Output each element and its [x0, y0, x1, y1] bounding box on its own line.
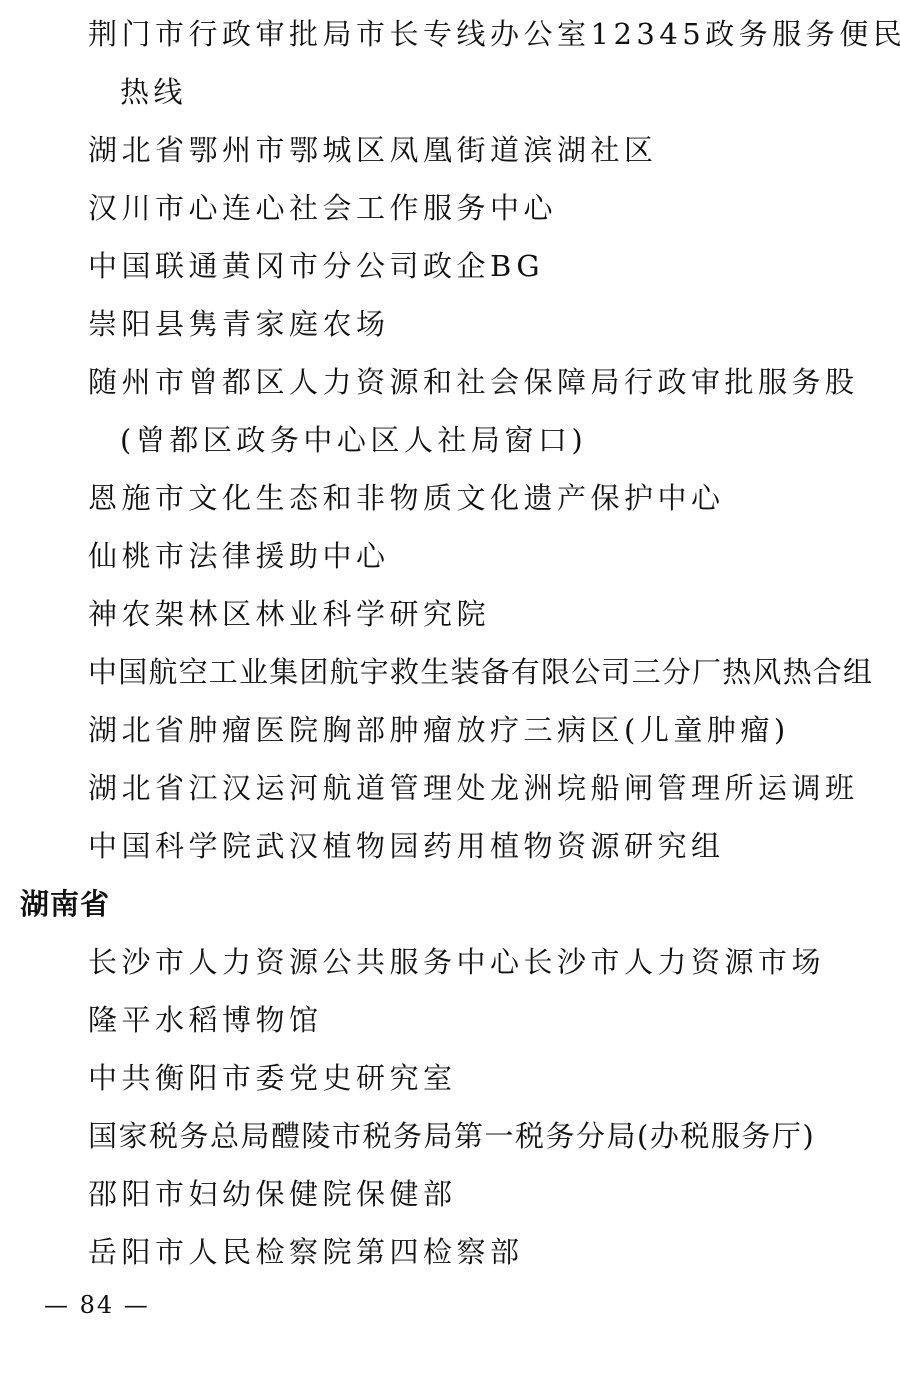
- list-item: 湖北省肿瘤医院胸部肿瘤放疗三病区(儿童肿瘤): [88, 712, 790, 748]
- list-item: 长沙市人力资源公共服务中心长沙市人力资源市场: [88, 944, 825, 980]
- list-item: 中国联通黄冈市分公司政企BG: [88, 248, 544, 284]
- list-item: 国家税务总局醴陵市税务局第一税务分局(办税服务厅): [88, 1118, 815, 1154]
- list-item-continuation: 热线: [120, 74, 187, 110]
- list-item: 恩施市文化生态和非物质文化遗产保护中心: [88, 480, 725, 516]
- list-item: 湖北省江汉运河航道管理处龙洲垸船闸管理所运调班: [88, 770, 859, 806]
- list-item: 随州市曾都区人力资源和社会保障局行政审批服务股: [88, 364, 859, 400]
- list-item: 汉川市心连心社会工作服务中心: [88, 190, 557, 226]
- list-item: 湖北省鄂州市鄂城区凤凰街道滨湖社区: [88, 132, 658, 168]
- page-number: — 84 —: [44, 1290, 150, 1320]
- list-item: 神农架林区林业科学研究院: [88, 596, 490, 632]
- list-item: 中国航空工业集团航宇救生装备有限公司三分厂热风热合组: [88, 654, 873, 690]
- province-heading: 湖南省: [20, 886, 110, 922]
- list-item: 崇阳县隽青家庭农场: [88, 306, 390, 342]
- list-item: 中共衡阳市委党史研究室: [88, 1060, 457, 1096]
- list-item: 仙桃市法律援助中心: [88, 538, 390, 574]
- document-page: 荆门市行政审批局市长专线办公室12345政务服务便民 热线 湖北省鄂州市鄂城区凤…: [0, 0, 900, 1392]
- list-item: 荆门市行政审批局市长专线办公室12345政务服务便民: [88, 16, 900, 52]
- list-item: 中国科学院武汉植物园药用植物资源研究组: [88, 828, 725, 864]
- list-item: 邵阳市妇幼保健院保健部: [88, 1176, 457, 1212]
- list-item: 岳阳市人民检察院第四检察部: [88, 1234, 524, 1270]
- list-item: 隆平水稻博物馆: [88, 1002, 323, 1038]
- list-item-continuation: (曾都区政务中心区人社局窗口): [120, 422, 587, 458]
